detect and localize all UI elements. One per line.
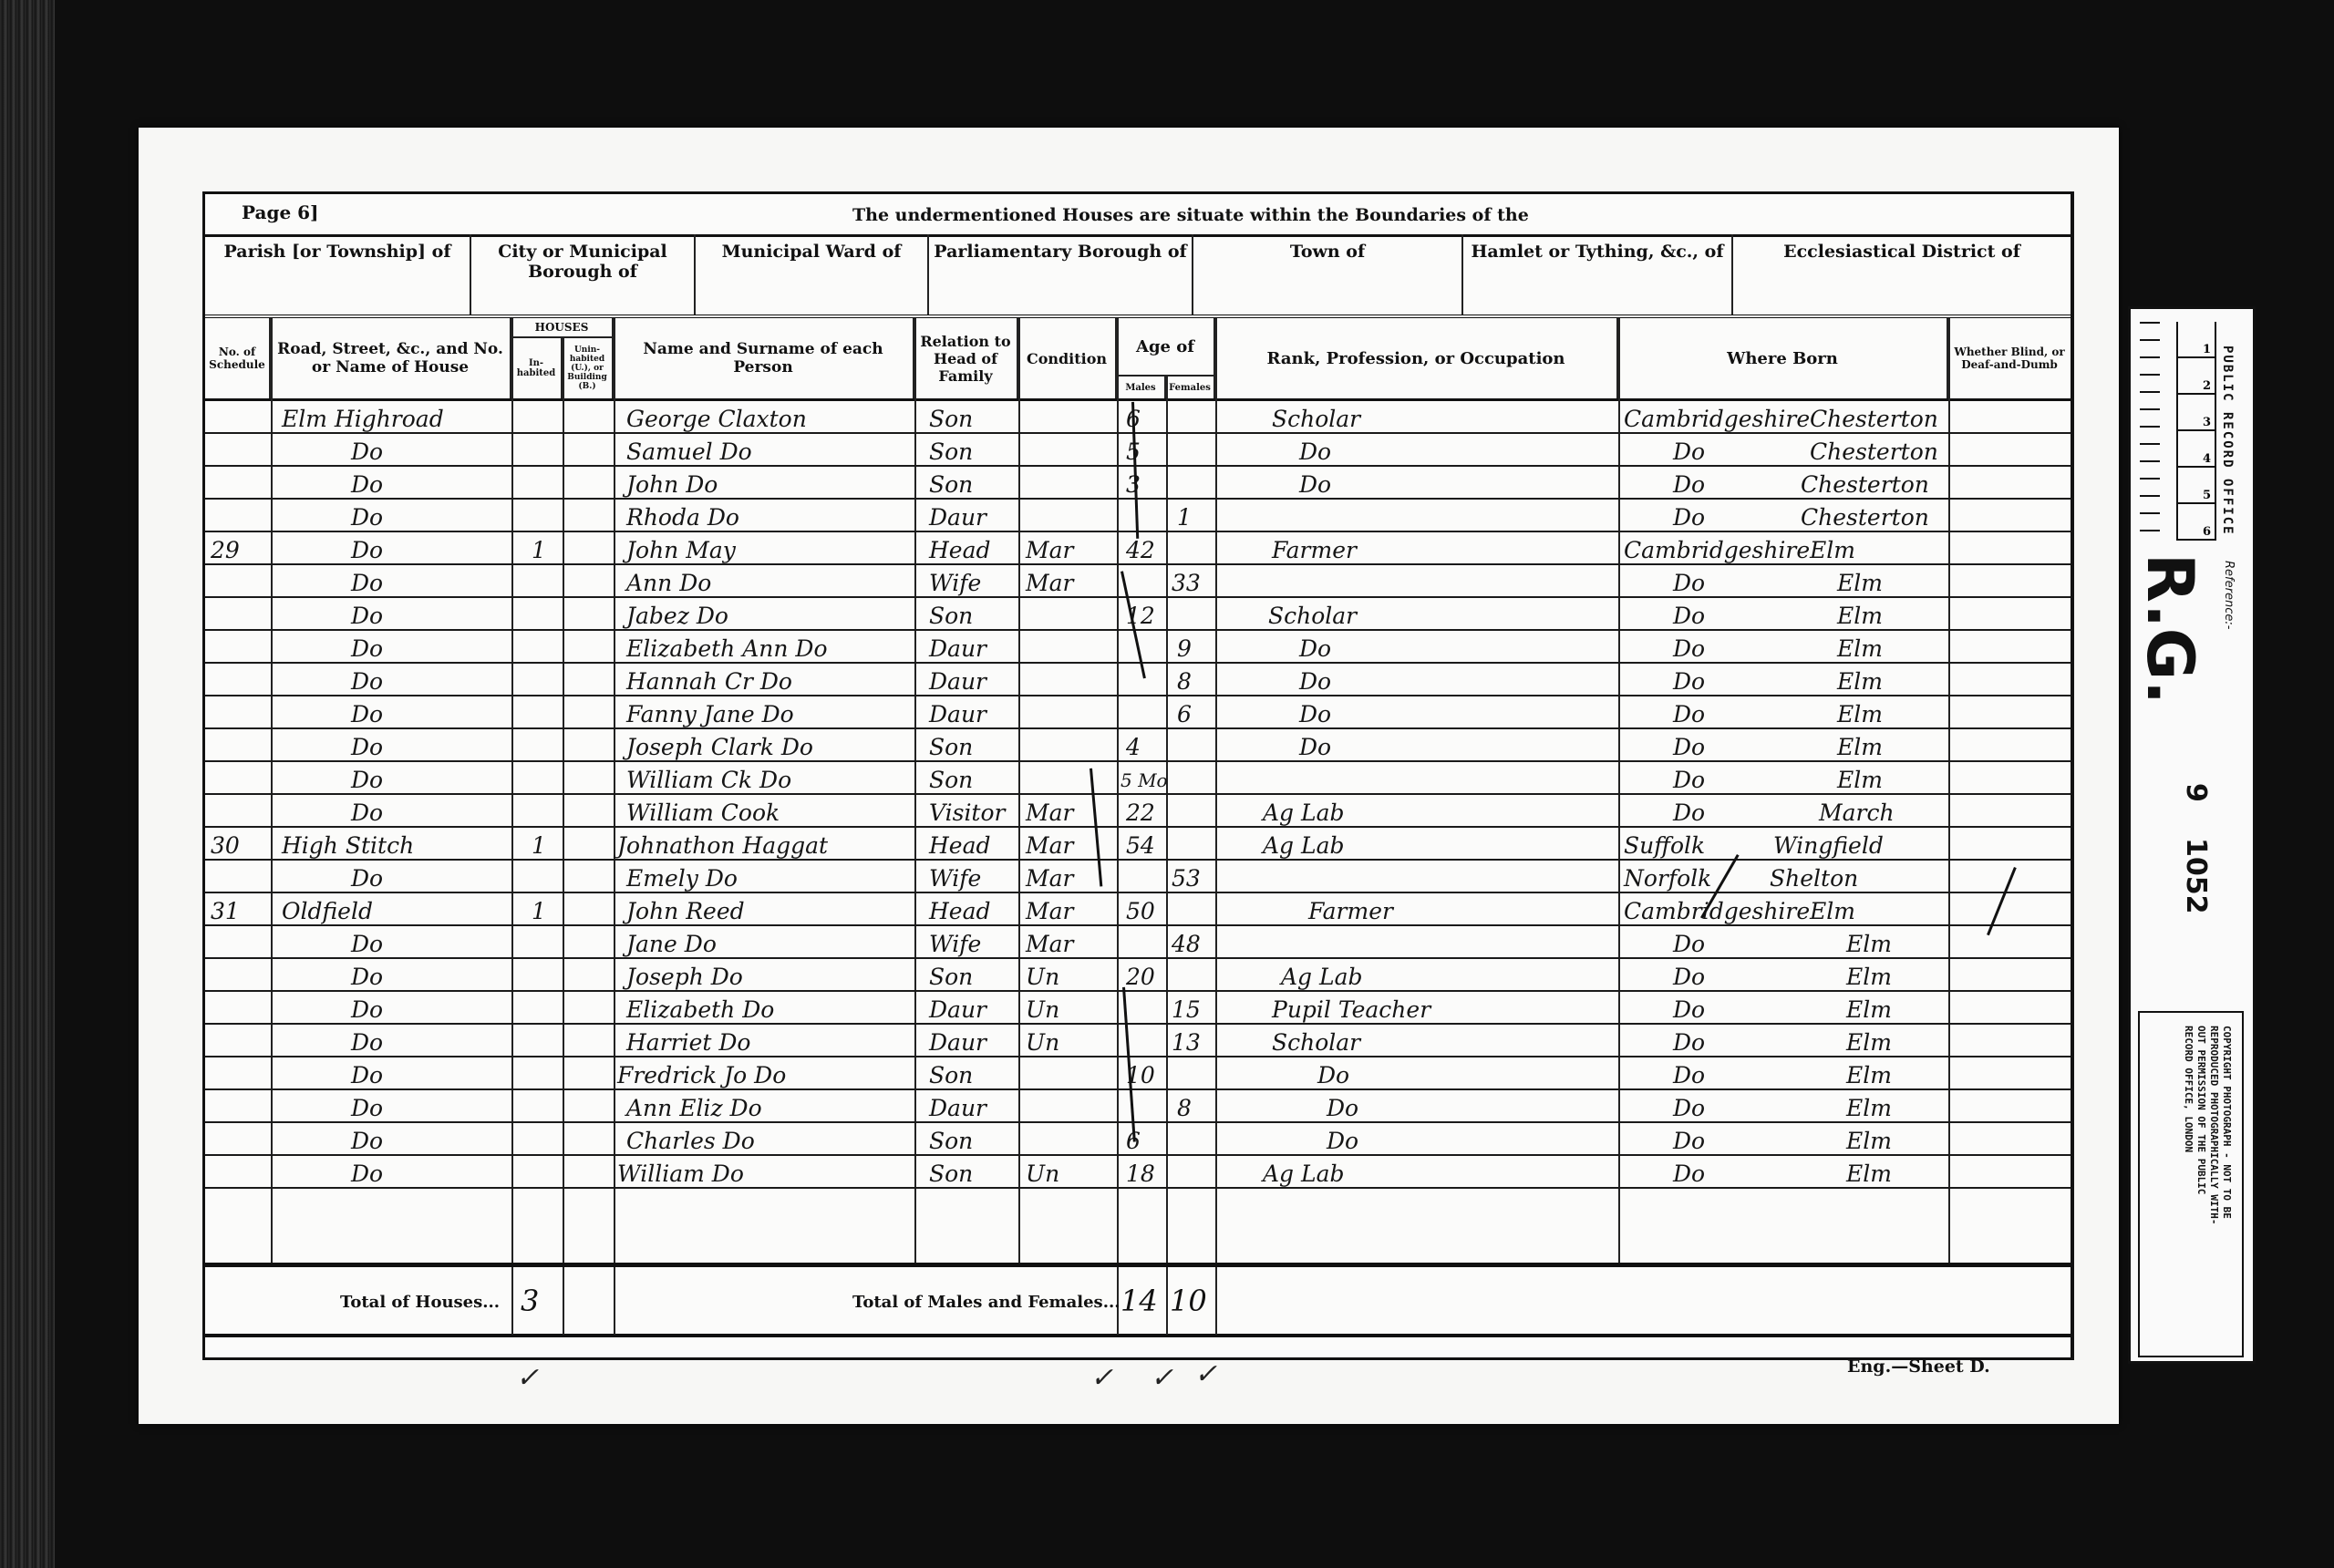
occupation: Do <box>1299 664 1331 695</box>
born-place: Shelton <box>1770 861 1858 892</box>
title-row: Page 6] The undermentioned Houses are si… <box>205 194 2071 237</box>
occupation: Ag Lab <box>1263 1156 1345 1187</box>
born-place: Elm <box>1846 1057 1892 1088</box>
born-county: Do <box>1673 598 1705 629</box>
header-females: Females <box>1166 377 1215 398</box>
relation: Son <box>929 598 973 629</box>
occupation: Ag Lab <box>1263 795 1345 826</box>
person-name: Ann Do <box>626 565 711 596</box>
born-place: Elm <box>1846 926 1892 957</box>
table-row: Do Emely Do Wife Mar 53 Norfolk Shelton <box>205 861 2071 893</box>
born-county: Do <box>1673 729 1705 760</box>
relation: Son <box>929 1123 973 1154</box>
occupation: Do <box>1299 467 1331 498</box>
column-rule <box>563 1267 564 1335</box>
scale-number: 6 <box>2178 504 2215 541</box>
female-age: 8 <box>1177 1090 1192 1121</box>
road: Do <box>351 434 383 465</box>
person-name: Charles Do <box>626 1123 755 1154</box>
header-age: Age of <box>1117 318 1215 377</box>
scale-number: 4 <box>2178 431 2215 468</box>
ruler-scale <box>2140 322 2178 541</box>
female-age: 8 <box>1177 664 1192 695</box>
relation: Wife <box>929 926 981 957</box>
road: Do <box>351 1057 383 1088</box>
piece-number: 9 <box>2180 783 2212 802</box>
born-place: Elm <box>1810 532 1855 563</box>
schedule-number: 30 <box>211 828 240 859</box>
relation: Daur <box>929 631 986 662</box>
film-edge <box>0 0 55 1568</box>
total-houses-value: 3 <box>521 1284 539 1318</box>
person-name: Samuel Do <box>626 434 752 465</box>
table-row: Do William Ck Do Son 5 Mo Do Elm <box>205 762 2071 795</box>
born-place: Elm <box>1846 1025 1892 1056</box>
header-relation: Relation to Head of Family <box>914 318 1018 398</box>
table-row: Do Elizabeth Do Daur Un 15 Pupil Teacher… <box>205 992 2071 1025</box>
column-rule <box>1215 1267 1217 1335</box>
occupation: Scholar <box>1272 401 1360 432</box>
table-row: Do Charles Do Son 6 Do Do Elm <box>205 1123 2071 1156</box>
schedule-number: 29 <box>211 532 240 563</box>
relation: Daur <box>929 500 986 531</box>
table-row: Do John Do Son 3 Do Do Chesterton <box>205 467 2071 500</box>
scale-number: 1 <box>2178 322 2215 358</box>
total-persons-label: Total of Males and Females... <box>852 1293 1121 1312</box>
table-row: Do Joseph Do Son Un 20 Ag Lab Do Elm <box>205 959 2071 992</box>
relation: Son <box>929 401 973 432</box>
occupation: Scholar <box>1272 1025 1360 1056</box>
table-row: 30 High Stitch 1 Johnathon Haggat Head M… <box>205 828 2071 861</box>
scale-numbers: 1 2 3 4 5 6 <box>2178 322 2216 541</box>
relation: Son <box>929 1156 973 1187</box>
total-females-value: 10 <box>1170 1284 1207 1318</box>
born-county: Norfolk <box>1624 861 1711 892</box>
table-row: Do Joseph Clark Do Son 4 Do Do Elm <box>205 729 2071 762</box>
condition: Un <box>1026 1156 1059 1187</box>
table-row: Do William Cook Visitor Mar 22 Ag Lab Do… <box>205 795 2071 828</box>
born-county: Do <box>1673 1057 1705 1088</box>
person-name: Hannah Cr Do <box>626 664 792 695</box>
folio-number: 1052 <box>2180 838 2212 914</box>
table-row: 31 Oldfield 1 John Reed Head Mar 50 Farm… <box>205 893 2071 926</box>
born-county: Do <box>1673 1123 1705 1154</box>
born-county: Do <box>1673 434 1705 465</box>
born-county: Do <box>1673 926 1705 957</box>
born-place: Chesterton <box>1801 467 1929 498</box>
person-name: William Do <box>617 1156 744 1187</box>
census-form: Page 6] The undermentioned Houses are si… <box>202 191 2074 1360</box>
occupation: Do <box>1299 729 1331 760</box>
female-age: 53 <box>1172 861 1201 892</box>
road: Do <box>351 729 383 760</box>
person-name: Harriet Do <box>626 1025 751 1056</box>
person-name: William Cook <box>626 795 780 826</box>
archive-reference-strip: 1 2 3 4 5 6 PUBLIC RECORD OFFICE Referen… <box>2128 306 2256 1364</box>
occupation: Do <box>1299 631 1331 662</box>
person-name: Joseph Do <box>626 959 743 990</box>
scale-number: 5 <box>2178 468 2215 504</box>
occupation: Ag Lab <box>1263 828 1345 859</box>
borough-header: City or Municipal Borough of <box>471 234 696 315</box>
copyright-notice: COPYRIGHT PHOTOGRAPH - NOT TO BE REPRODU… <box>2182 1026 2233 1225</box>
road: Do <box>351 467 383 498</box>
male-age: 5 Mo <box>1121 762 1168 793</box>
scale-number: 3 <box>2178 395 2215 431</box>
relation: Daur <box>929 992 986 1023</box>
born-place: Elm <box>1846 959 1892 990</box>
born-county: Do <box>1673 1156 1705 1187</box>
relation: Son <box>929 729 973 760</box>
table-row: Do Samuel Do Son 5 Do Do Chesterton <box>205 434 2071 467</box>
condition: Un <box>1026 1025 1059 1056</box>
parish-header: Parish [or Township] of <box>205 234 471 315</box>
header-blind: Whether Blind, or Deaf-and-Dumb <box>1948 318 2071 398</box>
reference-label: Reference:- <box>2222 561 2236 629</box>
copyright-box: COPYRIGHT PHOTOGRAPH - NOT TO BE REPRODU… <box>2138 1011 2244 1357</box>
schedule-number: 31 <box>211 893 240 924</box>
relation: Son <box>929 467 973 498</box>
person-name: Johnathon Haggat <box>617 828 828 859</box>
occupation: Ag Lab <box>1281 959 1363 990</box>
person-name: William Ck Do <box>626 762 791 793</box>
road: Do <box>351 1090 383 1121</box>
road: Do <box>351 926 383 957</box>
header-occupation: Rank, Profession, or Occupation <box>1215 318 1618 398</box>
born-county: Cambridgeshire <box>1624 401 1810 432</box>
born-place: Elm <box>1837 598 1883 629</box>
born-county: Do <box>1673 467 1705 498</box>
person-name: John May <box>626 532 736 563</box>
condition: Mar <box>1026 893 1073 924</box>
road: Do <box>351 762 383 793</box>
table-row: Do Ann Eliz Do Daur 8 Do Do Elm <box>205 1090 2071 1123</box>
road: Elm Highroad <box>282 401 444 432</box>
male-age: 54 <box>1126 828 1155 859</box>
total-males-value: 14 <box>1121 1284 1158 1318</box>
born-county: Do <box>1673 795 1705 826</box>
road: Do <box>351 664 383 695</box>
person-name: Emely Do <box>626 861 738 892</box>
male-age: 42 <box>1126 532 1155 563</box>
road: Do <box>351 992 383 1023</box>
occupation: Do <box>1299 434 1331 465</box>
check-mark: ✓ <box>1194 1358 1217 1390</box>
condition: Mar <box>1026 565 1073 596</box>
table-row: Elm Highroad George Claxton Son 6 Schola… <box>205 401 2071 434</box>
column-rule <box>614 1267 615 1335</box>
born-place: Elm <box>1837 696 1883 727</box>
male-age: 18 <box>1126 1156 1155 1187</box>
person-name: Jabez Do <box>626 598 728 629</box>
born-place: Elm <box>1846 1090 1892 1121</box>
male-age: 50 <box>1126 893 1155 924</box>
inhabited: 1 <box>532 828 546 859</box>
road: Do <box>351 532 383 563</box>
road: Do <box>351 795 383 826</box>
inhabited: 1 <box>532 893 546 924</box>
condition: Un <box>1026 959 1059 990</box>
person-name: Elizabeth Ann Do <box>626 631 828 662</box>
column-rule <box>511 1267 513 1335</box>
occupation: Do <box>1317 1057 1349 1088</box>
relation: Daur <box>929 1025 986 1056</box>
person-name: Joseph Clark Do <box>626 729 813 760</box>
town-header: Town of <box>1193 234 1463 315</box>
occupation: Do <box>1327 1123 1358 1154</box>
relation: Head <box>929 532 991 563</box>
born-place: Elm <box>1846 1123 1892 1154</box>
relation: Son <box>929 959 973 990</box>
relation: Son <box>929 762 973 793</box>
born-county: Suffolk <box>1624 828 1705 859</box>
table-row: Do Jabez Do Son 12 Scholar Do Elm <box>205 598 2071 631</box>
born-place: Elm <box>1837 631 1883 662</box>
record-office-label: PUBLIC RECORD OFFICE <box>2220 346 2235 536</box>
male-age: 4 <box>1126 729 1141 760</box>
relation: Wife <box>929 565 981 596</box>
table-row: Do Ann Do Wife Mar 33 Do Elm <box>205 565 2071 598</box>
sheet-id: Eng.—Sheet D. <box>1847 1357 1990 1377</box>
born-place: Chesterton <box>1801 500 1929 531</box>
scale-number: 2 <box>2178 358 2215 395</box>
born-place: Elm <box>1846 992 1892 1023</box>
check-mark: ✓ <box>1151 1362 1173 1394</box>
born-place: Elm <box>1837 729 1883 760</box>
header-schedule: No. of Schedule <box>205 318 271 398</box>
born-county: Do <box>1673 631 1705 662</box>
person-name: John Reed <box>626 893 745 924</box>
column-headers: No. of Schedule Road, Street, &c., and N… <box>205 318 2071 401</box>
occupation: Farmer <box>1308 893 1393 924</box>
district-headers: Parish [or Township] of City or Municipa… <box>205 234 2071 318</box>
occupation: Do <box>1299 696 1331 727</box>
condition: Un <box>1026 992 1059 1023</box>
road: Do <box>351 500 383 531</box>
born-place: March <box>1819 795 1895 826</box>
column-rule <box>1166 1267 1168 1335</box>
person-name: Fanny Jane Do <box>626 696 794 727</box>
person-name: Rhoda Do <box>626 500 739 531</box>
born-place: Elm <box>1810 893 1855 924</box>
table-row: Do Harriet Do Daur Un 13 Scholar Do Elm <box>205 1025 2071 1057</box>
male-age: 20 <box>1126 959 1155 990</box>
relation: Visitor <box>929 795 1005 826</box>
road: Do <box>351 598 383 629</box>
header-uninhabited: Unin-habited (U.), or Building (B.) <box>563 338 614 398</box>
born-county: Do <box>1673 992 1705 1023</box>
born-place: Chesterton <box>1810 401 1938 432</box>
condition: Mar <box>1026 828 1073 859</box>
female-age: 1 <box>1177 500 1192 531</box>
header-name: Name and Surname of each Person <box>614 318 914 398</box>
female-age: 33 <box>1172 565 1201 596</box>
totals-row: Total of Houses... 3 Total of Males and … <box>205 1263 2071 1337</box>
page-number: Page 6] <box>242 201 319 223</box>
relation: Head <box>929 828 991 859</box>
hamlet-header: Hamlet or Tything, &c., of <box>1463 234 1733 315</box>
header-where-born: Where Born <box>1618 318 1948 398</box>
born-place: Wingfield <box>1773 828 1884 859</box>
born-county: Do <box>1673 1090 1705 1121</box>
person-name: George Claxton <box>626 401 807 432</box>
female-age: 15 <box>1172 992 1201 1023</box>
born-county: Do <box>1673 565 1705 596</box>
road: High Stitch <box>282 828 414 859</box>
parliamentary-header: Parliamentary Borough of <box>929 234 1193 315</box>
road: Do <box>351 959 383 990</box>
condition: Mar <box>1026 861 1073 892</box>
table-row: Do Fredrick Jo Do Son 10 Do Do Elm <box>205 1057 2071 1090</box>
header-road: Road, Street, &c., and No. or Name of Ho… <box>271 318 511 398</box>
form-title: The undermentioned Houses are situate wi… <box>852 205 1529 225</box>
born-county: Cambridgeshire <box>1624 532 1810 563</box>
relation: Daur <box>929 664 986 695</box>
header-condition: Condition <box>1018 318 1117 398</box>
born-county: Do <box>1673 696 1705 727</box>
female-age: 13 <box>1172 1025 1201 1056</box>
male-age: 22 <box>1126 795 1155 826</box>
condition: Mar <box>1026 926 1073 957</box>
person-name: John Do <box>626 467 718 498</box>
relation: Daur <box>929 696 986 727</box>
series-code: R.G. <box>2138 553 2202 705</box>
road: Do <box>351 1156 383 1187</box>
occupation: Pupil Teacher <box>1272 992 1430 1023</box>
check-mark: ✓ <box>1090 1362 1113 1394</box>
ecclesiastical-header: Ecclesiastical District of <box>1733 234 2071 315</box>
born-county: Do <box>1673 959 1705 990</box>
person-name: Jane Do <box>626 926 717 957</box>
table-row: Do Hannah Cr Do Daur 8 Do Do Elm <box>205 664 2071 696</box>
relation: Head <box>929 893 991 924</box>
road: Oldfield <box>282 893 373 924</box>
female-age: 6 <box>1177 696 1192 727</box>
born-place: Elm <box>1846 1156 1892 1187</box>
relation: Son <box>929 1057 973 1088</box>
born-county: Do <box>1673 1025 1705 1056</box>
born-place: Chesterton <box>1810 434 1938 465</box>
header-inhabited: In-habited <box>511 338 563 398</box>
road: Do <box>351 861 383 892</box>
born-place: Elm <box>1837 762 1883 793</box>
relation: Daur <box>929 1090 986 1121</box>
born-county: Do <box>1673 762 1705 793</box>
road: Do <box>351 631 383 662</box>
born-place: Elm <box>1837 664 1883 695</box>
person-name: Ann Eliz Do <box>626 1090 762 1121</box>
occupation: Farmer <box>1272 532 1357 563</box>
inhabited: 1 <box>532 532 546 563</box>
relation: Wife <box>929 861 981 892</box>
table-row: Do Jane Do Wife Mar 48 Do Elm <box>205 926 2071 959</box>
born-county: Do <box>1673 500 1705 531</box>
road: Do <box>351 1123 383 1154</box>
occupation: Do <box>1327 1090 1358 1121</box>
road: Do <box>351 565 383 596</box>
occupation: Scholar <box>1268 598 1357 629</box>
table-row: Do William Do Son Un 18 Ag Lab Do Elm <box>205 1156 2071 1189</box>
female-age: 48 <box>1172 926 1201 957</box>
header-houses: HOUSES <box>511 318 614 338</box>
person-name: Fredrick Jo Do <box>617 1057 786 1088</box>
relation: Son <box>929 434 973 465</box>
check-mark: ✓ <box>516 1362 539 1394</box>
total-houses-label: Total of Houses... <box>340 1293 500 1312</box>
road: Do <box>351 1025 383 1056</box>
header-males: Males <box>1117 377 1166 398</box>
born-county: Do <box>1673 664 1705 695</box>
born-place: Elm <box>1837 565 1883 596</box>
ward-header: Municipal Ward of <box>696 234 929 315</box>
person-name: Elizabeth Do <box>626 992 774 1023</box>
table-row: Do Fanny Jane Do Daur 6 Do Do Elm <box>205 696 2071 729</box>
female-age: 9 <box>1177 631 1192 662</box>
born-county: Cambridgeshire <box>1624 893 1810 924</box>
road: Do <box>351 696 383 727</box>
condition: Mar <box>1026 795 1073 826</box>
condition: Mar <box>1026 532 1073 563</box>
